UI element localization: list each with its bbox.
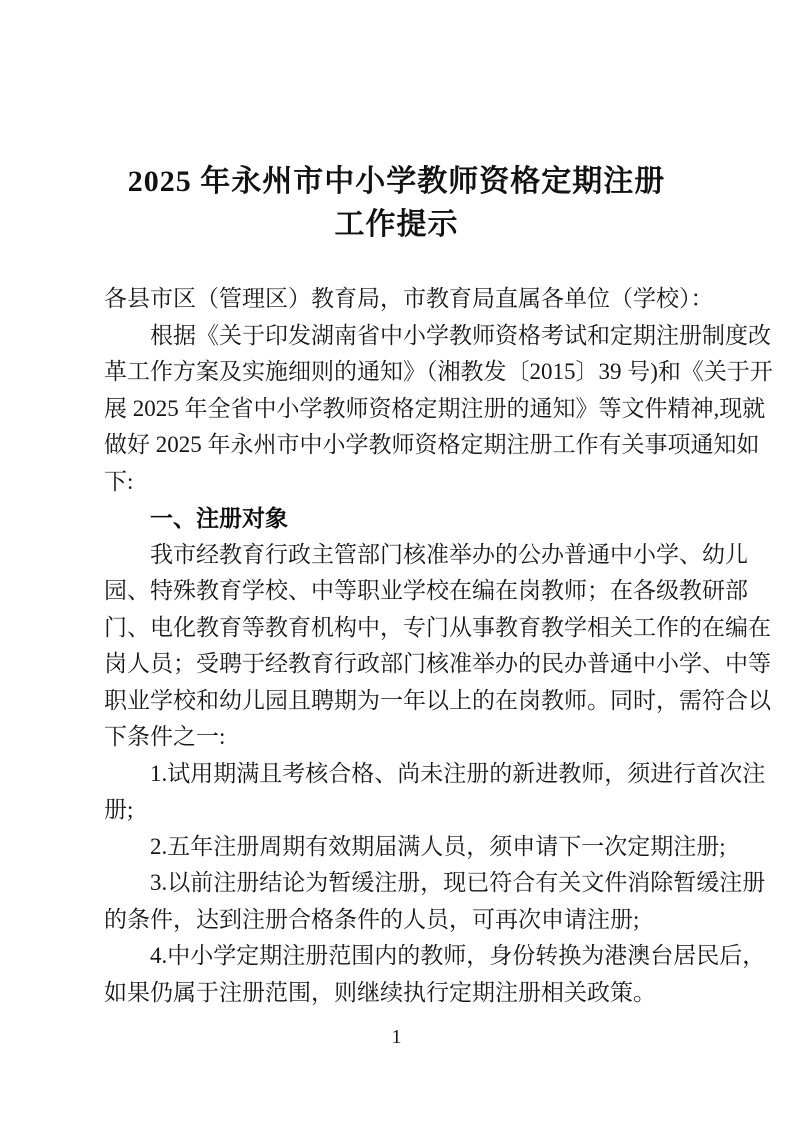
text-line: 我市经教育行政主管部门核准举办的公办普通中小学、幼儿 bbox=[104, 537, 744, 574]
text-line: 下条件之一: bbox=[104, 719, 744, 756]
section-heading: 一、注册对象 bbox=[104, 500, 744, 537]
text-line: 册; bbox=[104, 792, 744, 829]
text-line: 下: bbox=[104, 464, 744, 501]
text-line: 2.五年注册周期有效期届满人员，须申请下一次定期注册; bbox=[104, 829, 744, 866]
title-line-2: 工作提示 bbox=[0, 203, 793, 246]
text-line: 根据《关于印发湖南省中小学教师资格考试和定期注册制度改 bbox=[104, 318, 744, 355]
page-number: 1 bbox=[0, 1024, 793, 1050]
text-line: 职业学校和幼儿园且聘期为一年以上的在岗教师。同时，需符合以 bbox=[104, 683, 744, 720]
text-line: 展 2025 年全省中小学教师资格定期注册的通知》等文件精神,现就 bbox=[104, 391, 744, 428]
text-line: 1.试用期满且考核合格、尚未注册的新进教师，须进行首次注 bbox=[104, 756, 744, 793]
text-line: 革工作方案及实施细则的通知》（湘教发〔2015〕39 号)和《关于开 bbox=[104, 354, 744, 391]
text-line: 做好 2025 年永州市中小学教师资格定期注册工作有关事项通知如 bbox=[104, 427, 744, 464]
text-line: 岗人员；受聘于经教育行政部门核准举办的民办普通中小学、中等 bbox=[104, 646, 744, 683]
text-line: 的条件，达到注册合格条件的人员，可再次申请注册; bbox=[104, 902, 744, 939]
text-line: 园、特殊教育学校、中等职业学校在编在岗教师；在各级教研部 bbox=[104, 573, 744, 610]
text-line: 如果仍属于注册范围，则继续执行定期注册相关政策。 bbox=[104, 975, 744, 1012]
text-line: 门、电化教育等教育机构中，专门从事教育教学相关工作的在编在 bbox=[104, 610, 744, 647]
text-line: 各县市区（管理区）教育局，市教育局直属各单位（学校）： bbox=[104, 281, 744, 318]
document-body: 各县市区（管理区）教育局，市教育局直属各单位（学校）：根据《关于印发湖南省中小学… bbox=[104, 281, 744, 1011]
text-line: 4.中小学定期注册范围内的教师，身份转换为港澳台居民后， bbox=[104, 938, 744, 975]
document-page: 2025 年永州市中小学教师资格定期注册 工作提示 各县市区（管理区）教育局，市… bbox=[0, 0, 793, 1122]
text-line: 3.以前注册结论为暂缓注册，现已符合有关文件消除暂缓注册 bbox=[104, 865, 744, 902]
document-title: 2025 年永州市中小学教师资格定期注册 工作提示 bbox=[0, 160, 793, 246]
title-line-1: 2025 年永州市中小学教师资格定期注册 bbox=[0, 160, 793, 203]
